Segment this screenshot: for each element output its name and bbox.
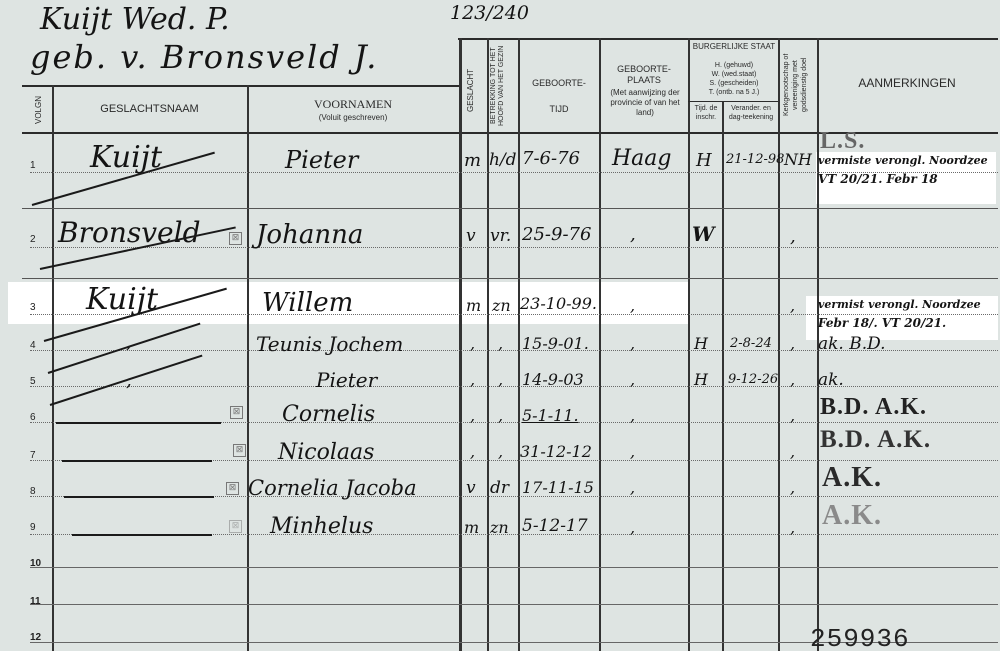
strike-line [48,323,201,374]
relation-cell: , [498,406,503,425]
civil-date-cell: 9-12-26 [728,372,778,387]
civil-cell: H [696,150,712,171]
row-rule-11 [30,604,998,605]
surname-cell: , [126,332,132,353]
given-cell: Nicolaas [278,440,374,465]
header-bs-verander: Verander. en dag-teekening [724,104,778,122]
church-cell: , [790,296,795,315]
header-geslachtsnaam: GESLACHTSNAAM [52,103,247,115]
birthplace-cell: , [630,478,635,497]
header-geboorteplaats: GEBOORTE- PLAATS [604,64,684,86]
given-cell: Pieter [316,368,377,392]
birthdate-cell: 15-9-01. [522,334,589,353]
remarks-cell: ak. B.D. [818,334,886,354]
checkbox-mark: ⊠ [230,406,243,419]
birthdate-cell: 31-12-12 [520,442,592,461]
header-geboortetijd: GEBOORTE- TIJD [524,70,594,122]
strike-line [62,460,212,462]
given-cell: Willem [262,288,353,318]
birthplace-cell: , [630,334,635,353]
birthplace-cell: , [630,442,635,461]
card-file-reference: 123/240 [450,2,529,24]
row-number: 3 [30,302,36,313]
card-head-line1: Kuijt Wed. P. [40,2,230,37]
serial-number: 259936 [810,624,910,651]
birthplace-cell: Haag [612,146,672,171]
row-number: 7 [30,450,36,461]
remarks-cell: VT 20/21. Febr 18 [818,172,938,186]
relation-cell: , [498,442,503,461]
sex-cell: , [470,334,475,353]
row-number: 2 [30,234,36,245]
birthplace-cell: , [630,370,635,389]
church-cell: , [790,406,795,425]
birthdate-cell: 23-10-99. [520,294,597,313]
sex-cell: , [470,370,475,389]
given-cell: Pieter [285,146,358,174]
checkbox-mark: ⊠ [226,482,239,495]
given-cell: Cornelis [282,402,375,427]
row-number: 12 [30,632,41,643]
header-aanmerkingen: AANMERKINGEN [817,76,997,90]
checkbox-mark: ⊠ [229,520,242,533]
church-cell: , [790,518,795,537]
row-number: 5 [30,376,36,387]
row-number: 6 [30,412,36,423]
strike-line [72,534,212,536]
sex-cell: v [466,226,476,246]
remarks-stamp: B.D. A.K. [820,426,931,454]
sex-cell: v [466,478,476,498]
col-line-birthplace [688,38,690,651]
civil-cell: W [692,222,714,246]
card-head-line2: geb. v. Bronsveld J. [30,38,378,76]
checkbox-mark: ⊠ [233,444,246,457]
register-card: Kuijt Wed. P. 123/240 geb. v. Bronsveld … [0,0,1000,651]
col-line-given [459,38,462,651]
remarks-cell: Febr 18/. VT 20/21. [818,316,946,330]
sex-cell: m [464,518,479,537]
col-line-bs-verander [778,38,780,651]
row-number: 10 [30,558,41,569]
header-top-rule [458,38,998,40]
relation-cell: dr [490,478,509,498]
strike-line [64,496,214,498]
church-cell: , [790,442,795,461]
row-number: 4 [30,340,36,351]
relation-cell: zn [492,296,511,315]
birthdate-cell: 25-9-76 [522,224,591,245]
header-bs-tijd: Tijd. de inschr. [690,104,722,122]
header-mid-rule [22,85,460,87]
church-cell: NH [784,150,812,169]
civil-cell: H [694,334,708,353]
col-line-sex [487,38,489,651]
header-kerkgenootschap: Kerkgenootschap of vereeniging met godsd… [782,40,814,130]
birthdate-cell: 5-12-17 [522,516,588,536]
row-number: 8 [30,486,36,497]
birthdate-cell: 7-6-76 [522,148,580,169]
header-volgnummer: VOLGN [34,90,43,130]
bs-sub-rule [688,101,778,102]
col-line-relation [518,38,520,651]
row-number: 11 [30,596,41,607]
church-cell: , [790,370,795,389]
sex-cell: m [466,296,481,315]
col-line-birthdate [599,38,601,651]
row-rule-3 [30,314,998,315]
row-number: 9 [30,522,36,533]
sex-cell: , [470,406,475,425]
given-cell: Johanna [256,220,363,250]
relation-cell: zn [490,518,509,537]
header-burgerlijke-staat: BURGERLIJKE STAAT [690,42,778,51]
birthplace-cell: , [630,296,635,315]
strike-line [56,422,221,424]
row-rule-2b [22,278,998,279]
header-betrekking: BETREKKING TOT HET HOOFD VAN HET GEZIN [490,42,516,130]
surname-cell: Bronsveld [58,216,201,249]
row-rule-5 [30,386,998,387]
remarks-cell: vermiste verongl. Noordzee [818,154,988,167]
civil-cell: H [694,370,708,389]
church-cell: , [790,226,796,247]
header-geboorteplaats-sub: (Met aanwijzing der provincie of van het… [604,88,686,118]
row-rule-10 [30,567,998,568]
header-bs-t: T. (ontb. na 5 J.) [690,89,778,96]
header-voornamen: VOORNAMEN [247,97,459,112]
checkbox-mark: ⊠ [229,232,242,245]
header-geslacht: GESLACHT [466,58,475,122]
given-cell: Cornelia Jacoba [248,476,417,500]
remarks-stamp: A.K. [822,462,882,494]
remarks-stamp: A.K. [822,500,882,532]
remarks-stamp: B.D. A.K. [820,394,927,421]
birthdate-cell: 14-9-03 [522,370,584,389]
relation-cell: vr. [490,226,511,246]
header-voornamen-sub: (Voluit geschreven) [247,113,459,122]
birthdate-cell: 5-1-11. [522,406,579,425]
given-cell: Minhelus [270,514,373,539]
given-cell: Teunis Jochem [256,332,403,356]
church-cell: , [790,334,795,353]
birthplace-cell: , [630,518,635,537]
civil-date-cell: 21-12-98 [726,152,784,167]
civil-date-cell: 2-8-24 [730,336,772,351]
remarks-cell: ak. [818,370,844,390]
relation-cell: h/d [489,150,517,170]
col-line-bs-tijd [722,102,724,651]
strike-line [50,355,203,406]
birthdate-cell: 17-11-15 [522,478,594,497]
birthplace-cell: , [630,406,635,425]
header-bs-w: W. (wed.staat) [690,71,778,78]
header-bs-s: S. (gescheiden) [690,80,778,87]
birthplace-cell: , [630,224,636,245]
header-bs-h: H. (gehuwd) [690,62,778,69]
sex-cell: , [470,442,475,461]
remarks-stamp: L.S. [820,128,865,155]
sex-cell: m [464,150,481,171]
row-rule-1b [22,208,998,209]
church-cell: , [790,478,795,497]
remarks-cell: vermist verongl. Noordzee [818,298,981,311]
relation-cell: , [498,334,503,353]
row-number: 1 [30,160,36,171]
relation-cell: , [498,370,503,389]
